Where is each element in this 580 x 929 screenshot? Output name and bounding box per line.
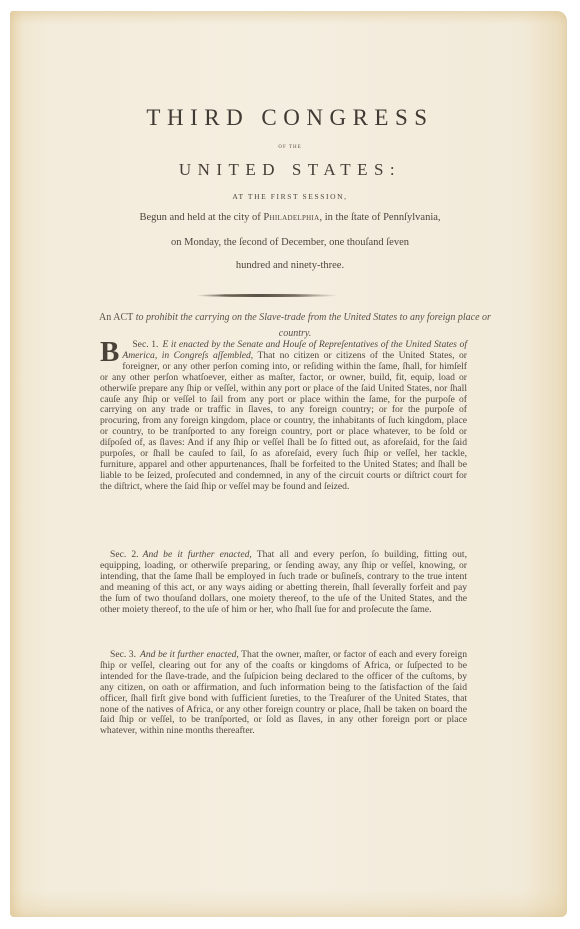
title-of-the: OF THE	[0, 145, 580, 150]
section-2-enacting-clause: And be it further enacted,	[143, 549, 252, 560]
begun-line-2: on Monday, the ſecond of December, one t…	[0, 237, 580, 248]
city-name: Philadelphia	[263, 212, 319, 223]
begun-line-3: hundred and ninety-three.	[0, 260, 580, 271]
title-third-congress: THIRD CONGRESS	[0, 105, 580, 131]
begun-line-1-post: , in the ſtate of Pennſylvania,	[320, 212, 441, 223]
section-3-text: That the owner, maſter, or factor of eac…	[100, 649, 467, 736]
section-3-enacting-clause: And be it further enacted,	[140, 649, 239, 660]
section-3: Sec. 3.And be it further enacted, That t…	[100, 650, 467, 737]
drop-cap-letter: B	[100, 341, 119, 363]
act-title: An ACT to prohibit the carrying on the S…	[95, 310, 495, 342]
act-title-prefix: An ACT	[99, 312, 133, 323]
section-1-text: That no citizen or citizens of the Unite…	[100, 350, 467, 492]
section-1: Sec. 1.BE it enacted by the Senate and H…	[100, 340, 467, 493]
session-heading: AT THE FIRST SESSION,	[0, 192, 580, 201]
act-title-rest: to prohibit the carrying on the Slave-tr…	[133, 312, 491, 339]
begun-line-1-pre: Begun and held at the city of	[139, 212, 263, 223]
begun-line-1: Begun and held at the city of Philadelph…	[0, 212, 580, 223]
section-2-label: Sec. 2.	[110, 549, 139, 560]
section-2: Sec. 2.And be it further enacted, That a…	[100, 550, 467, 615]
section-3-label: Sec. 3.	[110, 649, 136, 660]
ornamental-rule	[196, 294, 338, 297]
section-1-label: Sec. 1.	[132, 339, 158, 350]
title-united-states: UNITED STATES:	[0, 160, 580, 180]
